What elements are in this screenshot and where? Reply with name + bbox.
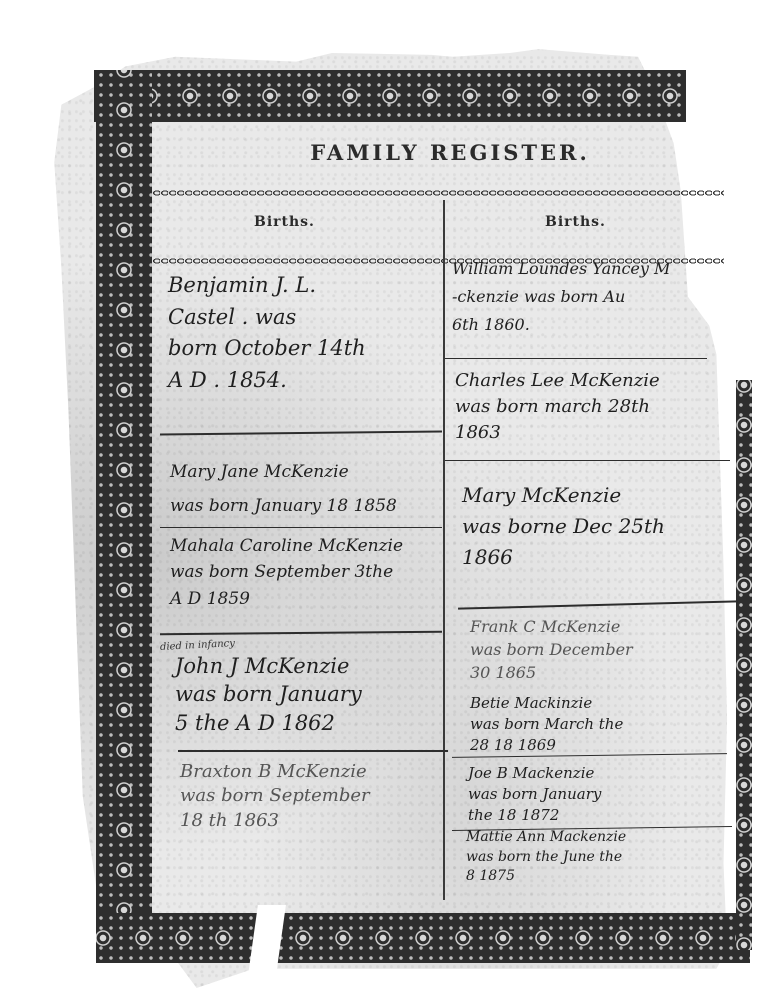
register-title: FAMILY REGISTER. bbox=[160, 140, 740, 165]
birth-entry: John J McKenzie was born January 5 the A… bbox=[175, 652, 445, 737]
birth-entry: Charles Lee McKenzie was born march 28th… bbox=[455, 368, 740, 446]
birth-entry: Mary Jane McKenzie was born January 18 1… bbox=[170, 455, 450, 523]
birth-entry: Benjamin J. L. Castel . was born October… bbox=[168, 270, 438, 396]
birth-entry: William Loundes Yancey M -ckenzie was bo… bbox=[452, 255, 742, 339]
entry-rule bbox=[445, 358, 707, 359]
birth-entry: Betie Mackinzie was born March the 28 18… bbox=[470, 693, 740, 756]
birth-entry: Braxton B McKenzie was born September 18… bbox=[180, 760, 450, 833]
chain-divider-top bbox=[152, 190, 724, 196]
birth-entry: Mahala Caroline McKenzie was born Septem… bbox=[170, 533, 450, 612]
entry-rule bbox=[160, 527, 442, 528]
birth-entry: Frank C McKenzie was born December 30 18… bbox=[470, 615, 740, 685]
ornamental-border-top bbox=[94, 70, 686, 122]
ornamental-border-left bbox=[96, 70, 152, 950]
column-header-left: Births. bbox=[254, 214, 315, 230]
column-header-right: Births. bbox=[545, 214, 606, 230]
entry-rule bbox=[445, 460, 730, 461]
birth-entry: Joe B Mackenzie was born January the 18 … bbox=[468, 763, 738, 826]
entry-rule bbox=[178, 750, 448, 752]
birth-entry: Mary McKenzie was borne Dec 25th 1866 bbox=[462, 480, 742, 573]
birth-entry: Mattie Ann Mackenzie was born the June t… bbox=[466, 828, 741, 887]
ornamental-border-bottom bbox=[96, 913, 750, 963]
